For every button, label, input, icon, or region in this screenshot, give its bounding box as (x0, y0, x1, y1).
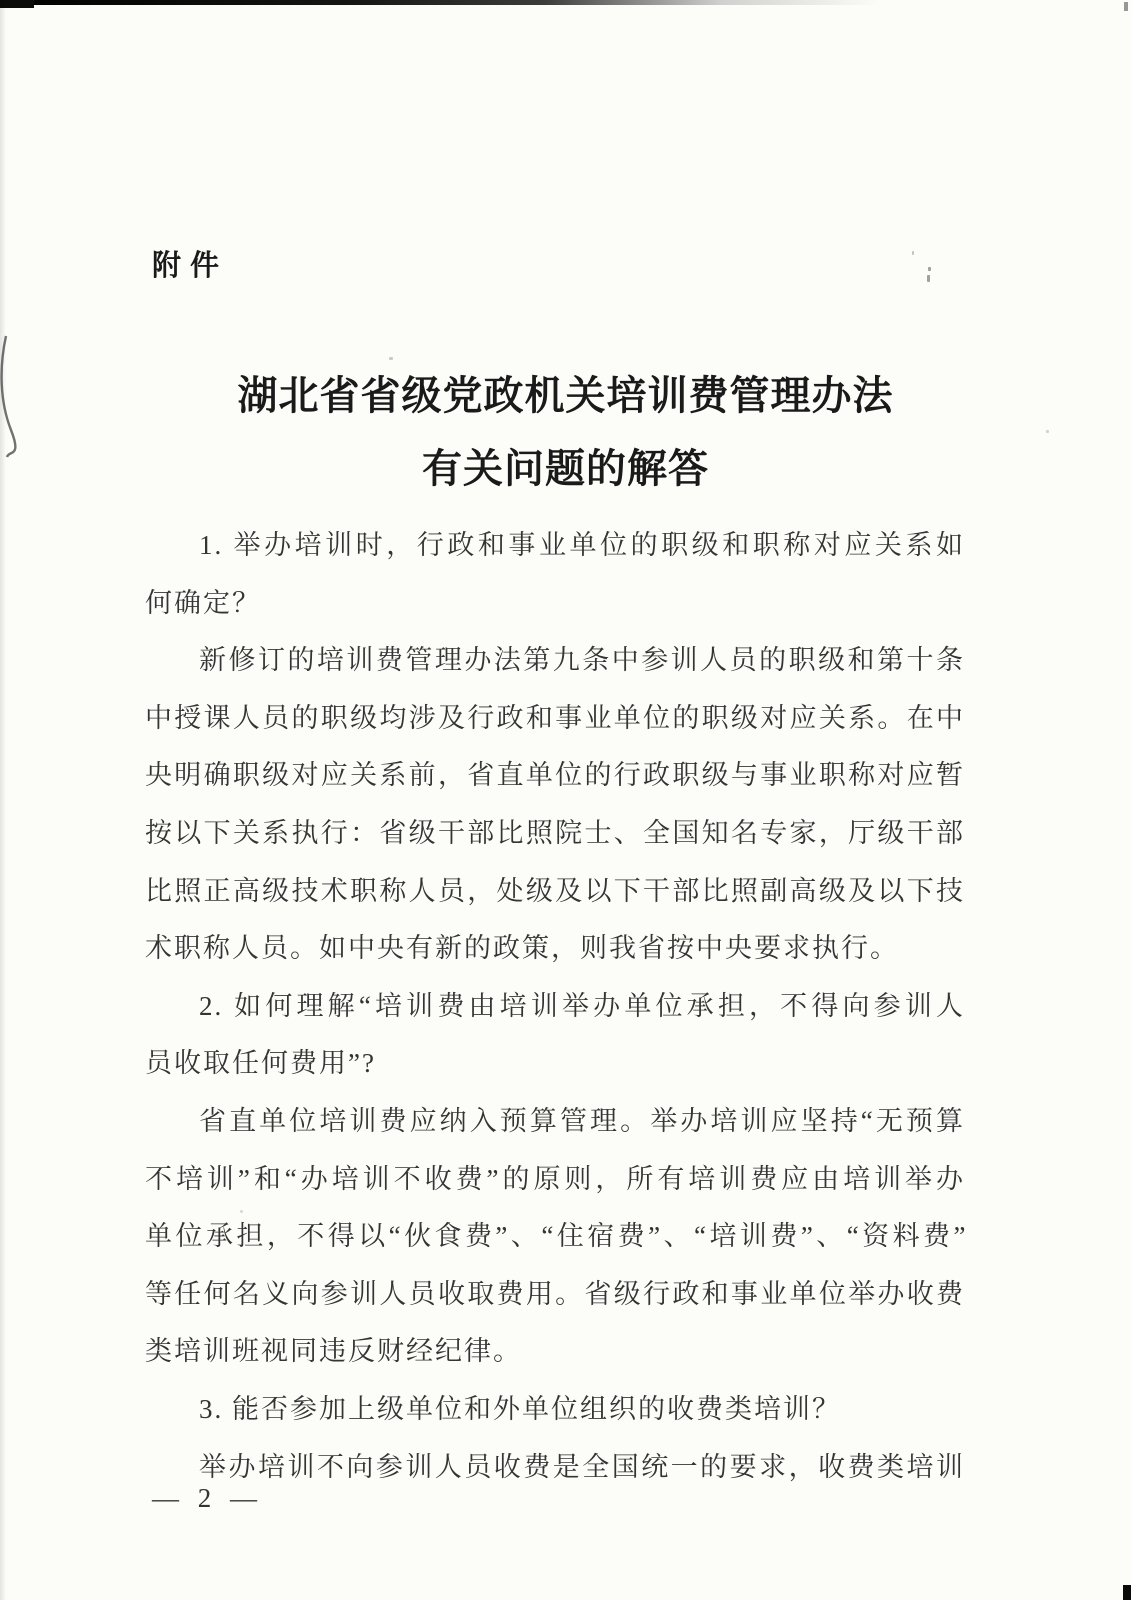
scanned-document-page: 附件 湖北省省级党政机关培训费管理办法 有关问题的解答 1. 举办培训时，行政和… (0, 0, 1131, 1600)
scan-artifact-left-shade (0, 0, 6, 1600)
body-line: 不培训”和“办培训不收费”的原则，所有培训费应由培训举办 (145, 1151, 965, 1209)
body-line: 3. 能否参加上级单位和外单位组织的收费类培训？ (145, 1381, 965, 1439)
body-line: 类培训班视同违反财经纪律。 (145, 1323, 965, 1381)
scan-speck (912, 251, 914, 255)
body-line: 比照正高级技术职称人员，处级及以下干部比照副高级及以下技 (145, 863, 965, 921)
document-body: 1. 举办培训时，行政和事业单位的职级和职称对应关系如 何确定？ 新修订的培训费… (145, 517, 965, 1496)
body-line: 单位承担，不得以“伙食费”、“住宿费”、“培训费”、“资料费” (145, 1208, 965, 1266)
body-line: 中授课人员的职级均涉及行政和事业单位的职级对应关系。在中 (145, 690, 965, 748)
body-line: 2. 如何理解“培训费由培训举办单位承担，不得向参训人 (145, 978, 965, 1036)
document-title: 湖北省省级党政机关培训费管理办法 有关问题的解答 (0, 360, 1131, 506)
document-title-line-2: 有关问题的解答 (0, 433, 1131, 506)
scan-artifact-top-right-tick (1124, 2, 1128, 11)
attachment-label: 附件 (152, 243, 228, 284)
scan-speck (928, 267, 931, 271)
scan-speck (927, 275, 930, 282)
body-line: 等任何名义向参训人员收取费用。省级行政和事业单位举办收费 (145, 1266, 965, 1324)
body-line: 央明确职级对应关系前，省直单位的行政职级与事业职称对应暂 (145, 747, 965, 805)
scan-artifact-top-edge (0, 0, 880, 5)
body-line: 术职称人员。如中央有新的政策，则我省按中央要求执行。 (145, 920, 965, 978)
page-number: — 2 — (152, 1481, 263, 1515)
scan-artifact-bottom-right-mark (1123, 1585, 1131, 1600)
body-line: 按以下关系执行：省级干部比照院士、全国知名专家，厅级干部 (145, 805, 965, 863)
body-line: 1. 举办培训时，行政和事业单位的职级和职称对应关系如 (145, 517, 965, 575)
body-line: 省直单位培训费应纳入预算管理。举办培训应坚持“无预算 (145, 1093, 965, 1151)
body-line: 何确定？ (145, 575, 965, 633)
body-line: 员收取任何费用”? (145, 1035, 965, 1093)
body-line: 新修订的培训费管理办法第九条中参训人员的职级和第十条 (145, 632, 965, 690)
document-title-line-1: 湖北省省级党政机关培训费管理办法 (0, 360, 1131, 433)
body-line: 举办培训不向参训人员收费是全国统一的要求，收费类培训 (145, 1439, 965, 1497)
